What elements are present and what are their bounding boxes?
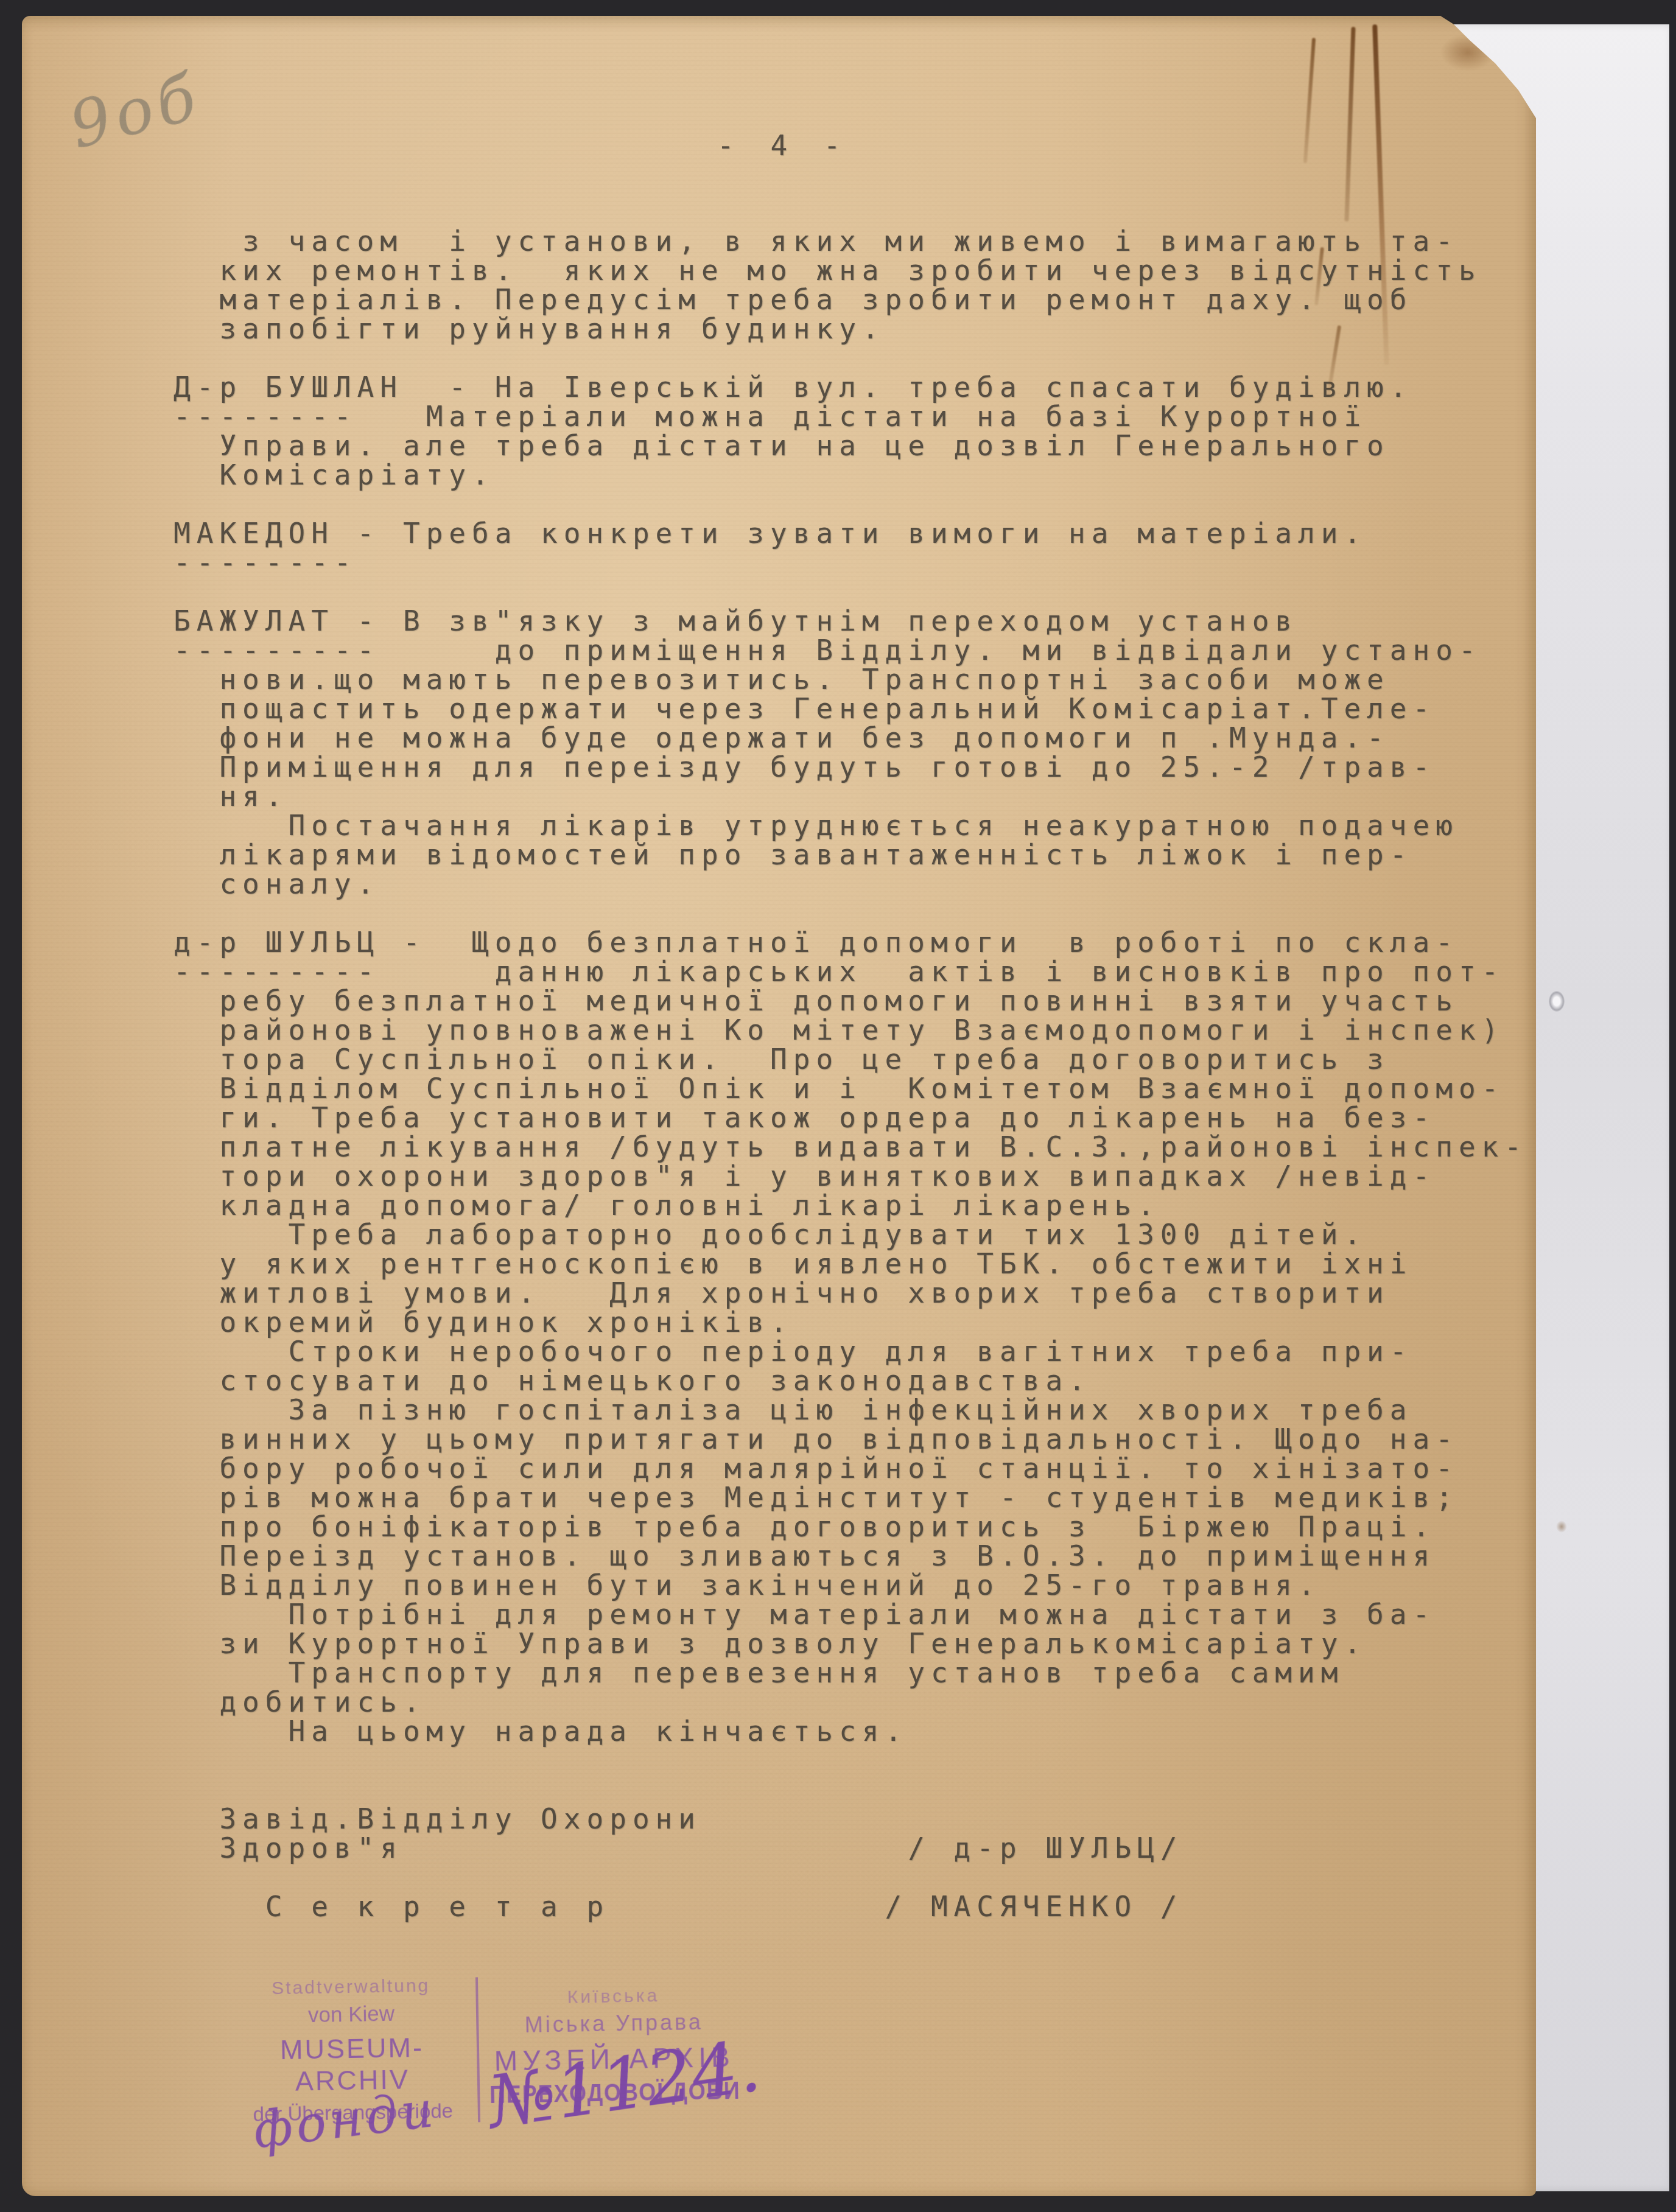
stamp-line: Київська	[485, 1984, 742, 2009]
typewritten-body: з часом і установи, в яких ми живемо і в…	[174, 226, 1527, 1921]
document-page: 9об - 4 - з часом і установи, в яких ми …	[22, 16, 1536, 2196]
fond-label-handwriting: фонди	[250, 2081, 440, 2160]
folio-annotation: 9об	[62, 60, 208, 164]
page-number: - 4 -	[717, 129, 850, 162]
rust-speck	[1556, 1521, 1567, 1533]
stamp-line: von Kiew	[234, 2001, 469, 2029]
stamp-line: Stadtverwaltung	[233, 1975, 469, 2000]
rust-stain	[1344, 27, 1355, 222]
paper-hole-speck	[1549, 991, 1565, 1012]
rust-stain	[1303, 38, 1316, 163]
